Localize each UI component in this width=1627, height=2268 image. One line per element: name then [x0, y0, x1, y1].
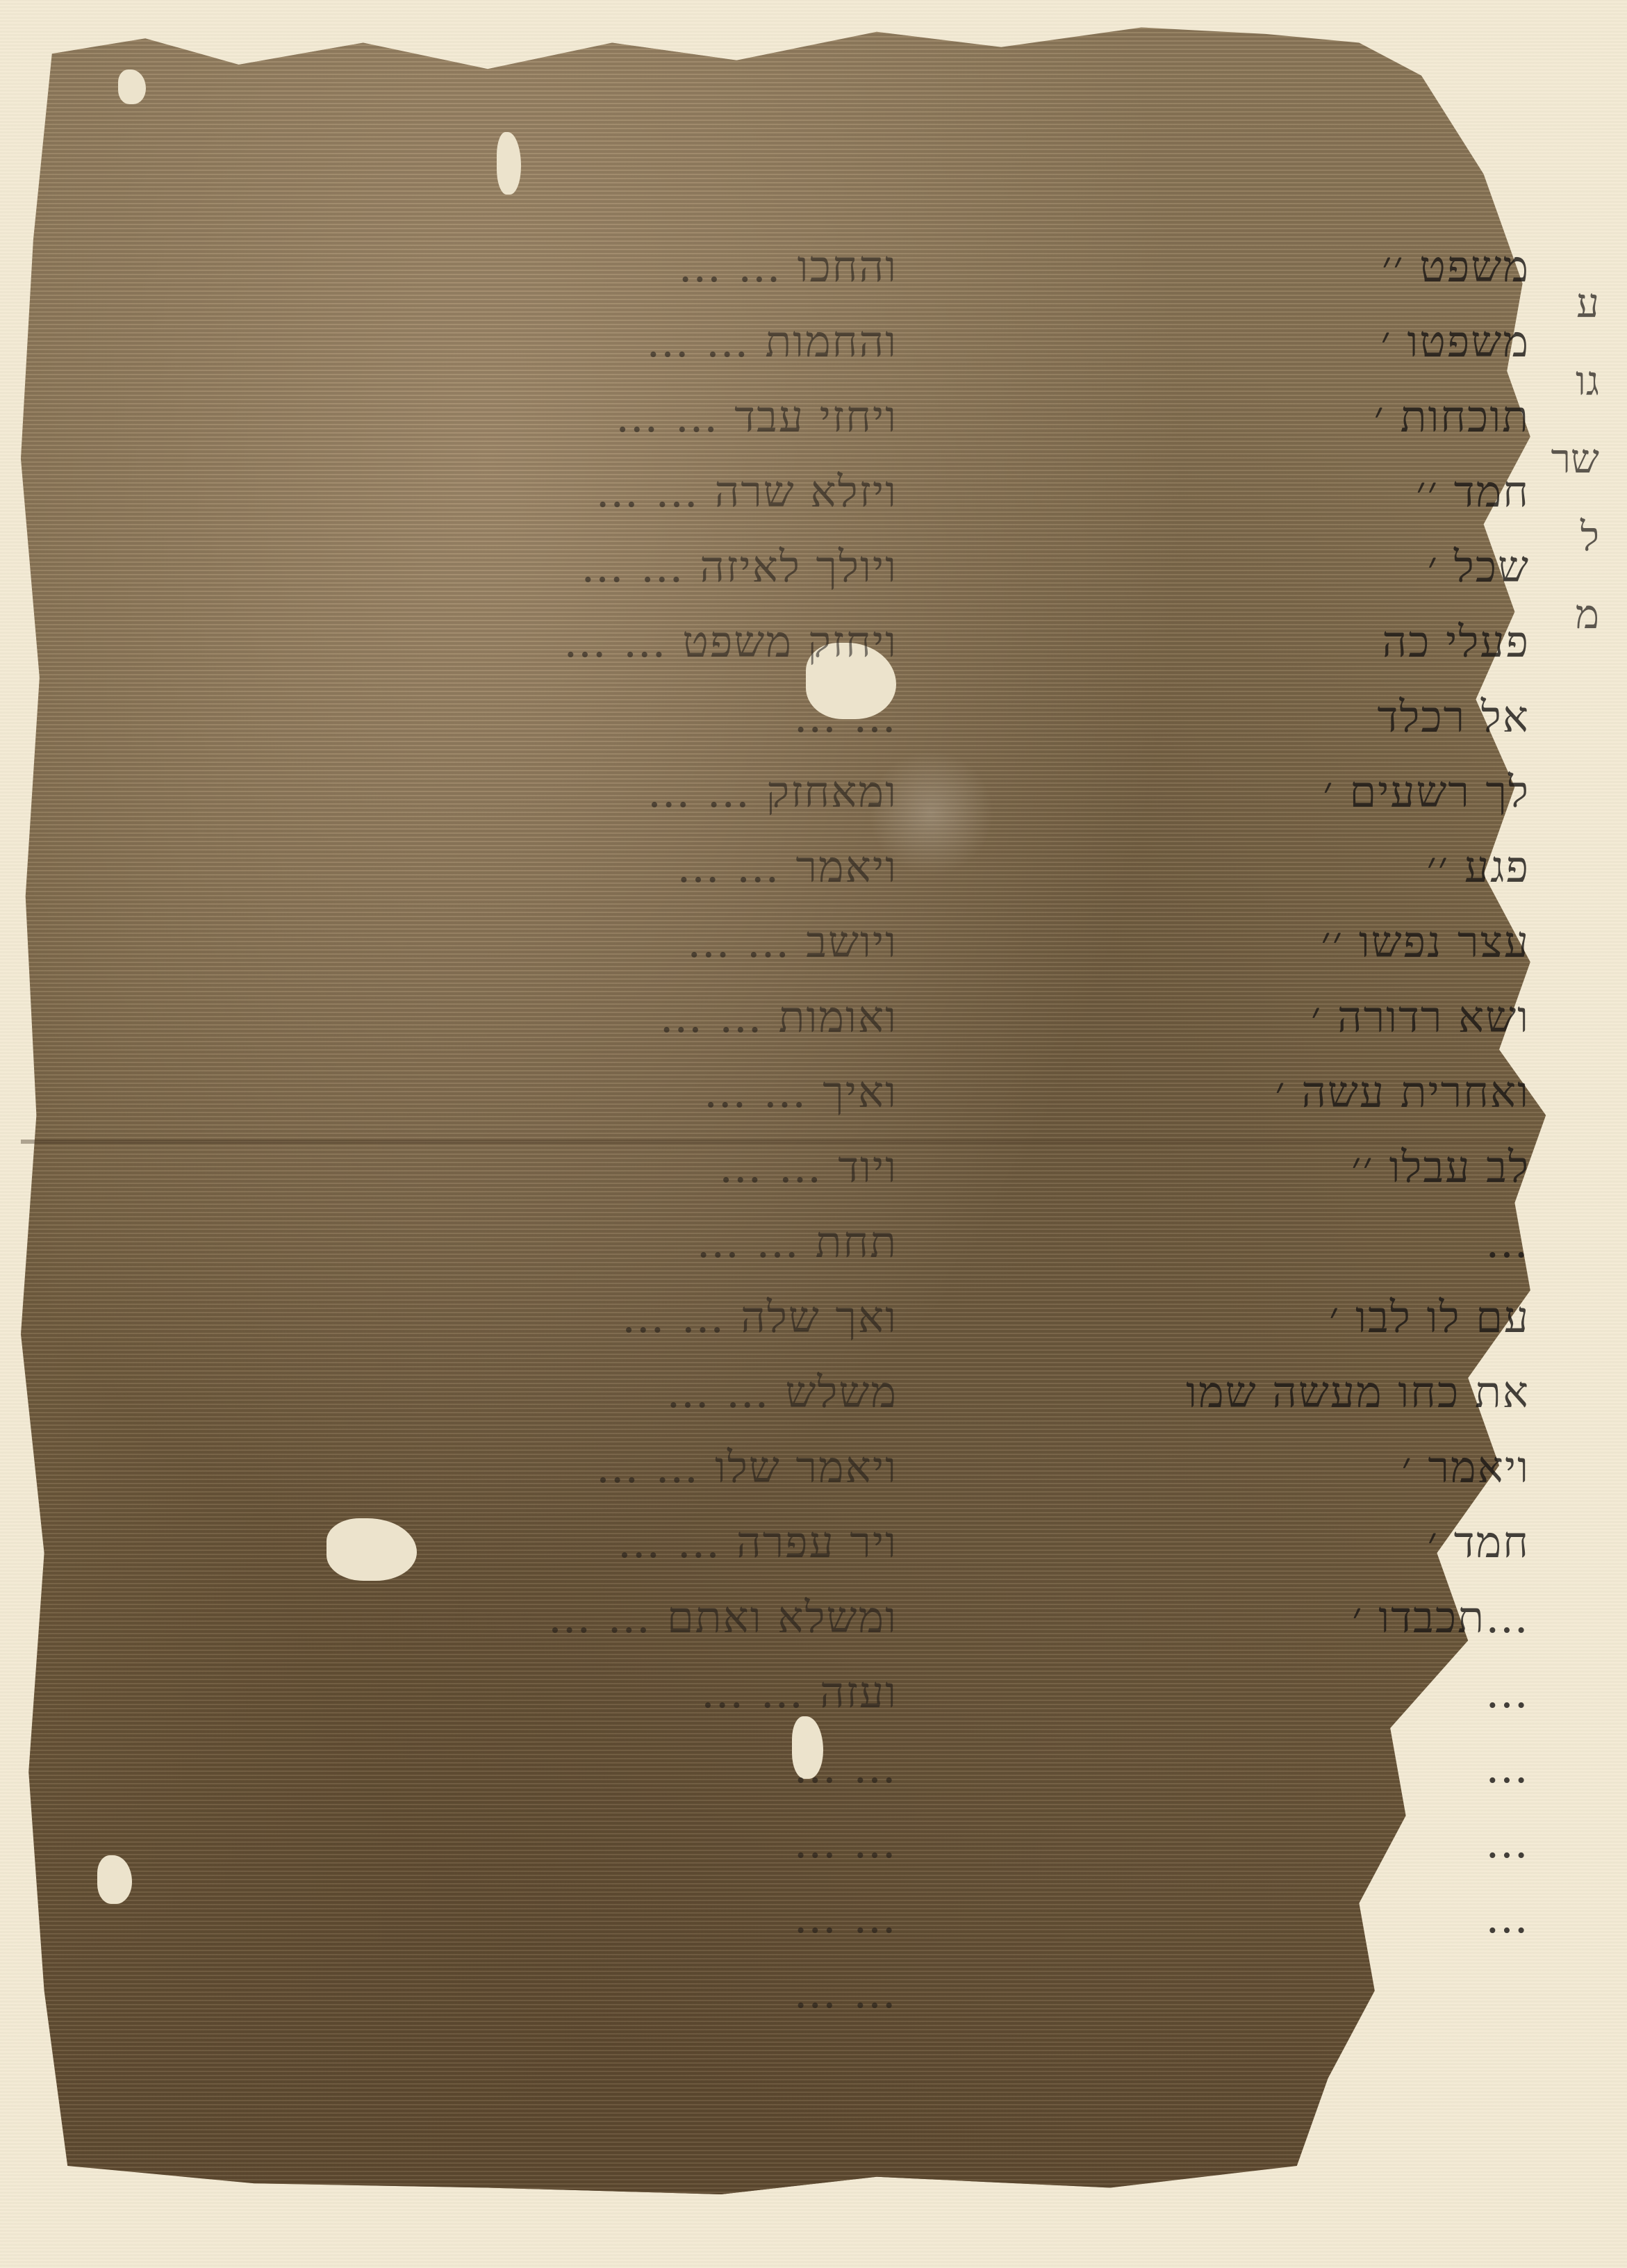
- text-line: פגע ׳׳: [1113, 830, 1530, 905]
- text-line: ויוד … …: [286, 1130, 898, 1205]
- text-line: …: [1113, 1730, 1530, 1805]
- text-line: …תכבדו ׳: [1113, 1580, 1530, 1655]
- right-text-column: משפט ׳׳ משפטו ׳ תוכחות ׳ חמד ׳׳ שכל ׳ פע…: [1113, 229, 1530, 1955]
- text-line: …: [1113, 1205, 1530, 1280]
- text-line: ואחרית עשה ׳: [1113, 1055, 1530, 1130]
- text-line: עם לו לבו ׳: [1113, 1280, 1530, 1355]
- text-line: … …: [286, 1805, 898, 1880]
- text-line: לך רשעים ׳: [1113, 755, 1530, 830]
- text-line: ויאמר … …: [286, 830, 898, 905]
- text-line: לב עבלו ׳׳: [1113, 1130, 1530, 1205]
- text-line: ויזלא שרה … …: [286, 454, 898, 529]
- text-line: את כחו מעשה שמו: [1113, 1355, 1530, 1430]
- left-text-column: והחכו … … והחמות … … ויחזי עבד … … ויזלא…: [286, 229, 898, 2030]
- text-line: חמד ׳: [1113, 1505, 1530, 1580]
- text-line: ושא רדורה ׳: [1113, 980, 1530, 1055]
- text-line: … …: [286, 1955, 898, 2030]
- text-line: משפטו ׳: [1113, 304, 1530, 379]
- text-line: עצר נפשו ׳׳: [1113, 905, 1530, 980]
- text-line: … …: [286, 1730, 898, 1805]
- margin-line: גו: [1551, 342, 1599, 420]
- margin-line: ע: [1551, 264, 1599, 342]
- text-line: אל רכלד: [1113, 680, 1530, 755]
- text-line: שכל ׳: [1113, 529, 1530, 605]
- text-line: ומאחזק … …: [286, 755, 898, 830]
- text-line: ויולך לאיזה … …: [286, 529, 898, 605]
- text-line: חמד ׳׳: [1113, 454, 1530, 529]
- margin-line: ל: [1551, 498, 1599, 575]
- right-margin-letters: ע גו שר ל מ: [1551, 264, 1599, 653]
- text-line: ויאמר שלו … …: [286, 1430, 898, 1505]
- text-line: ועזה … …: [286, 1655, 898, 1730]
- text-line: ויאמר ׳: [1113, 1430, 1530, 1505]
- text-line: … …: [286, 1880, 898, 1955]
- text-line: ומשלא ואתם … …: [286, 1580, 898, 1655]
- text-line: והחכו … …: [286, 229, 898, 304]
- hole-top-left: [118, 69, 146, 104]
- text-line: ויושב … …: [286, 905, 898, 980]
- text-line: …: [1113, 1805, 1530, 1880]
- text-line: משפט ׳׳: [1113, 229, 1530, 304]
- text-line: תחת … …: [286, 1205, 898, 1280]
- margin-line: שר: [1551, 420, 1599, 498]
- text-line: ויחזק משפט … …: [286, 605, 898, 680]
- text-line: פעלי כה: [1113, 605, 1530, 680]
- text-line: …: [1113, 1880, 1530, 1955]
- text-line: … …: [286, 680, 898, 755]
- text-line: ויחזי עבד … …: [286, 379, 898, 454]
- text-line: והחמות … …: [286, 304, 898, 379]
- text-line: ואיך … …: [286, 1055, 898, 1130]
- text-line: ואומות … …: [286, 980, 898, 1055]
- text-line: תוכחות ׳: [1113, 379, 1530, 454]
- text-line: …: [1113, 1655, 1530, 1730]
- text-line: ויר עפרה … …: [286, 1505, 898, 1580]
- text-line: ואך שלה … …: [286, 1280, 898, 1355]
- text-line: משלש … …: [286, 1355, 898, 1430]
- margin-line: מ: [1551, 575, 1599, 653]
